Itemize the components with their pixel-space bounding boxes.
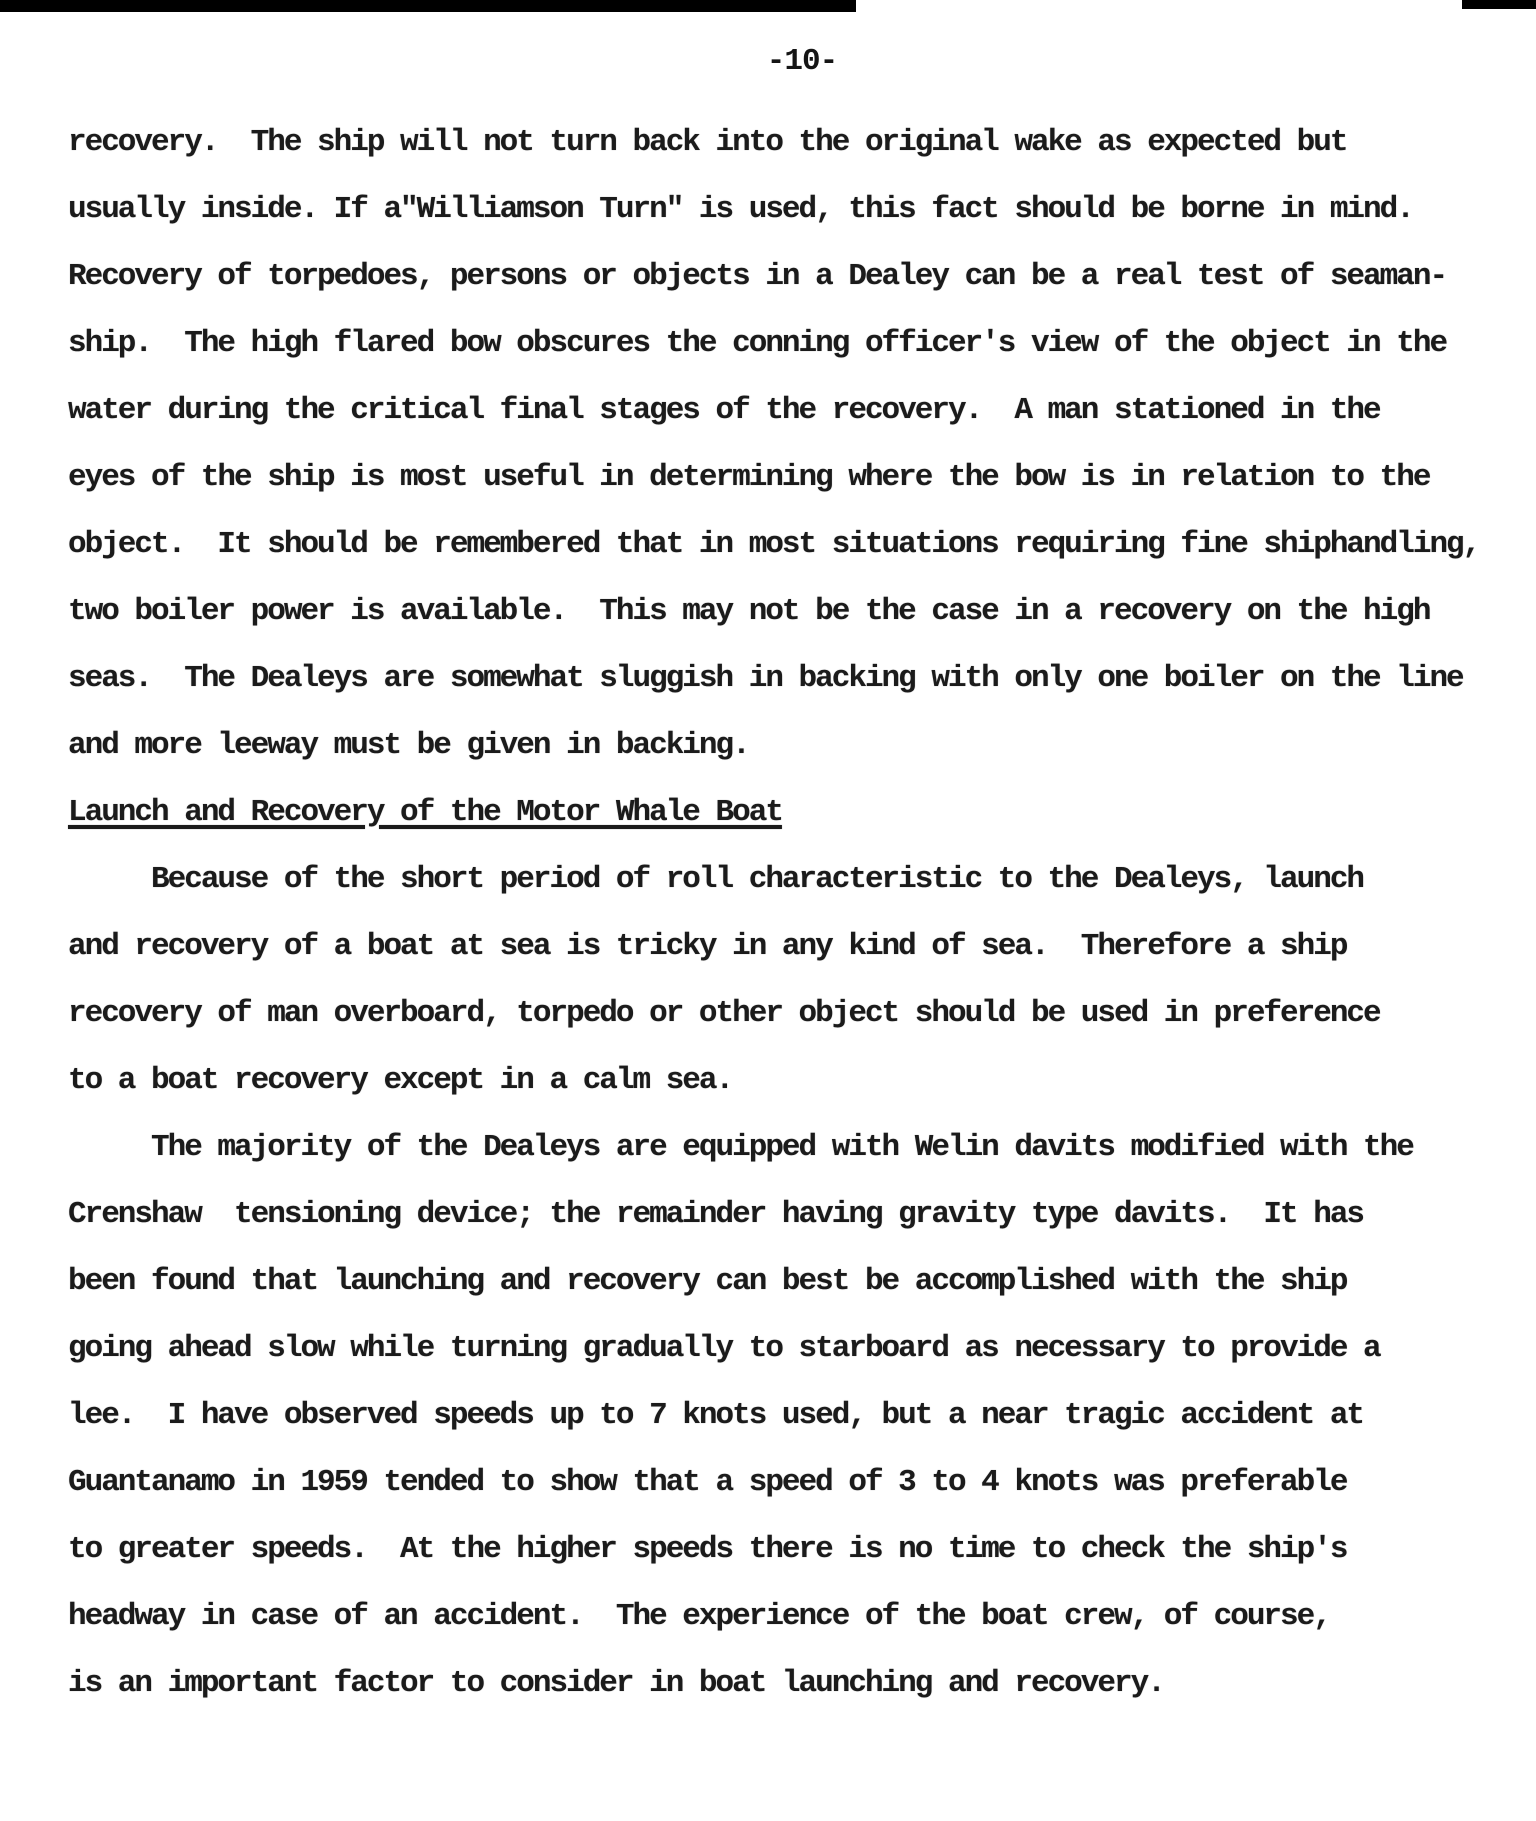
- document-lines: recovery. The ship will not turn back in…: [68, 109, 1508, 1717]
- text-line: Crenshaw tensioning device; the remainde…: [68, 1181, 1508, 1248]
- text-line: seas. The Dealeys are somewhat sluggish …: [68, 645, 1508, 712]
- text-line: The majority of the Dealeys are equipped…: [68, 1114, 1508, 1181]
- text-line: recovery of man overboard, torpedo or ot…: [68, 980, 1508, 1047]
- text-line: water during the critical final stages o…: [68, 377, 1508, 444]
- text-line: ship. The high flared bow obscures the c…: [68, 310, 1508, 377]
- text-line: object. It should be remembered that in …: [68, 511, 1508, 578]
- text-line: and recovery of a boat at sea is tricky …: [68, 913, 1508, 980]
- text-line: headway in case of an accident. The expe…: [68, 1583, 1508, 1650]
- text-line: Recovery of torpedoes, persons or object…: [68, 243, 1508, 310]
- section-heading: Launch and Recovery of the Motor Whale B…: [68, 779, 1508, 846]
- page-number: -10-: [0, 44, 1536, 79]
- text-line: lee. I have observed speeds up to 7 knot…: [68, 1382, 1508, 1449]
- text-line: is an important factor to consider in bo…: [68, 1650, 1508, 1717]
- text-line: recovery. The ship will not turn back in…: [68, 109, 1508, 176]
- text-line: Guantanamo in 1959 tended to show that a…: [68, 1449, 1508, 1516]
- text-line: usually inside. If a"Williamson Turn" is…: [68, 176, 1508, 243]
- text-line: and more leeway must be given in backing…: [68, 712, 1508, 779]
- text-line: going ahead slow while turning gradually…: [68, 1315, 1508, 1382]
- scan-artifact-top-left: [0, 0, 856, 12]
- text-line: eyes of the ship is most useful in deter…: [68, 444, 1508, 511]
- text-line: two boiler power is available. This may …: [68, 578, 1508, 645]
- text-line: Because of the short period of roll char…: [68, 846, 1508, 913]
- document-page: -10- recovery. The ship will not turn ba…: [0, 0, 1536, 1821]
- scan-artifact-top-right: [1462, 0, 1536, 9]
- text-line: been found that launching and recovery c…: [68, 1248, 1508, 1315]
- text-line: to a boat recovery except in a calm sea.: [68, 1047, 1508, 1114]
- text-line: to greater speeds. At the higher speeds …: [68, 1516, 1508, 1583]
